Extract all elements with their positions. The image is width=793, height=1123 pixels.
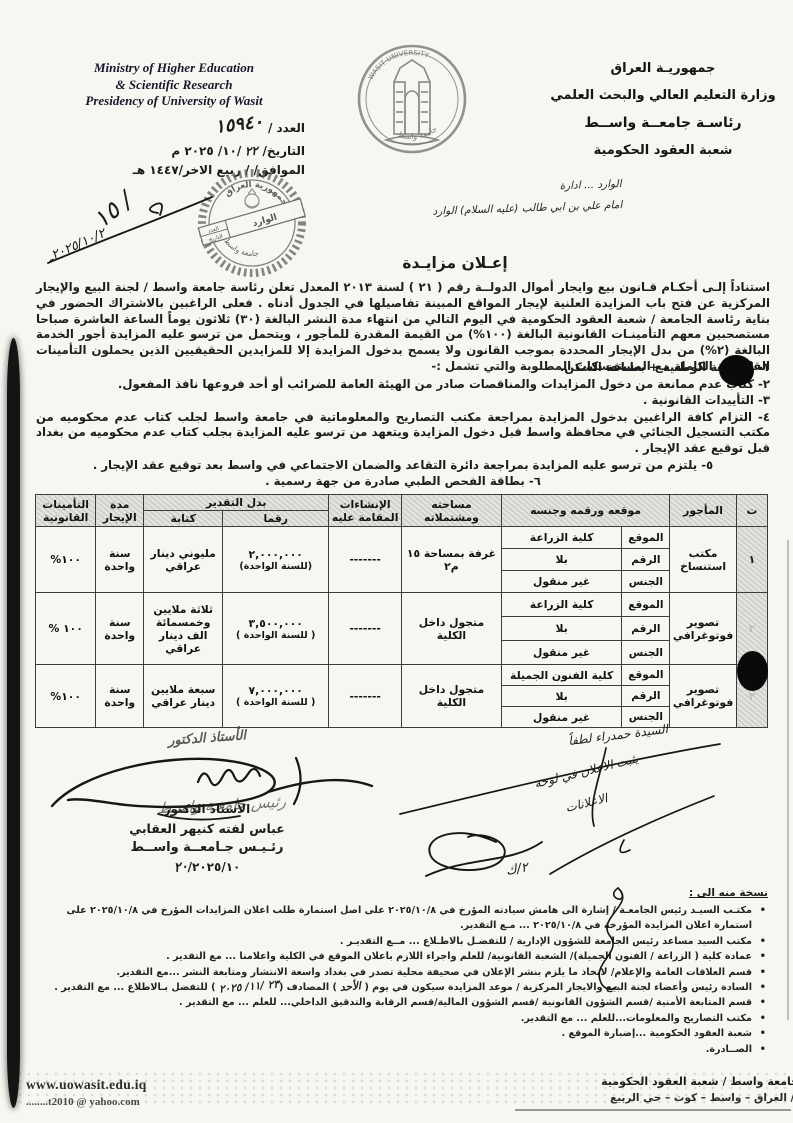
distribution-item: شعبة العقود الحكومية ...إضبارة الموقع . (28, 1026, 770, 1041)
col-header-written: كتابة (144, 511, 223, 527)
stamp-ministry-text: جامعة واسط (222, 236, 259, 258)
col-header-deposits: التأمينات القانونية (36, 495, 96, 527)
distribution-item-text: ) المصادف ( (279, 982, 340, 993)
letterhead-ar-line: رئاسـة جامعــة واســط (538, 109, 788, 138)
distribution-item: مكتب التصاريح والمعلومات...للعلم ... مع … (28, 1011, 770, 1026)
handwritten-number: ١٥٩٤٠ (214, 108, 265, 142)
row-site: كلية الفنون الجميلة (501, 665, 622, 686)
row-amount-written: سبعة ملايين دينار عراقي (144, 665, 223, 728)
amount-note: (للسنة الواحدة) (225, 561, 326, 572)
condition-number: ١- (758, 360, 770, 374)
row-amount: ٢,٠٠٠,٠٠٠ (للسنة الواحدة) (223, 527, 329, 593)
condition-number: ٢- (758, 377, 770, 391)
signatory-title: الأستاذ الدكتور (82, 800, 332, 819)
distribution-item: الصــادرة. (28, 1042, 770, 1057)
handwritten-auction-day: الأحد (340, 979, 362, 996)
distribution-item: قسم المتابعة الأمنية /قسم الشؤون القانون… (28, 995, 770, 1010)
condition-item: ٤- التزام كافة الراغبين بدخول المزايدة ب… (36, 410, 770, 457)
amount-note: ( للسنة الواحدة ) (225, 697, 326, 708)
loc-label-site: الموقع (622, 593, 670, 617)
col-header-seq: ت (736, 495, 767, 527)
condition-text: التزام كافة الراغبين بدخول المزايدة بمرا… (36, 410, 770, 455)
row-amount-written: ثلاثة ملايين وخمسمائة الف دينار عراقي (144, 593, 223, 665)
letterhead-english: Ministry of Higher Education & Scientifi… (48, 60, 300, 110)
document-title: إعـلان مزايـدة (340, 254, 570, 272)
loc-label-number: الرقم (622, 549, 670, 571)
col-header-estimate: بدل التقدير (144, 495, 329, 511)
date-line: التاريخ/ ٢٢ /١٠/ ٢٠٢٥ م (80, 142, 305, 161)
condition-item: ٣- التأييدات القانونية . (36, 393, 770, 409)
condition-item: ٦- بطاقة الفحص الطبي صادرة من جهة رسمية … (36, 474, 770, 490)
distribution-heading: نسخة منه الى : (689, 887, 768, 899)
row-number: بلا (501, 549, 622, 571)
condition-number: ٦- (529, 474, 541, 488)
auction-lots-table: ت المأجور موقعه ورقمه وجنسه مساحته ومشتم… (35, 494, 768, 728)
row-amount-written: مليوني دينار عراقي (144, 527, 223, 593)
row-seq: ١ (736, 527, 767, 593)
col-header-duration: مدة الإيجار (96, 495, 144, 527)
letterhead-ar-line: شعبة العقود الحكومية (538, 138, 788, 165)
loc-label-number: الرقم (622, 617, 670, 641)
annotation-flourishes (398, 722, 728, 890)
amount-value: ٢,٠٠٠,٠٠٠ (225, 548, 326, 561)
condition-text: التأييدات القانونية . (643, 393, 754, 407)
row-constructions: ------- (329, 665, 402, 728)
signature-date: ٢٠٢٥/١٠/٢٠ (82, 858, 332, 878)
row-constructions: ------- (329, 593, 402, 665)
signatory-position: رئـيـس جـامعــة واســط (82, 838, 332, 858)
row-area: متجول داخل الكلية (402, 665, 502, 728)
condition-text: بطاقة الفحص الطبي صادرة من جهة رسمية . (265, 474, 525, 488)
date-rest: /١٠/ ٢٠٢٥ م (171, 144, 245, 158)
row-deposit: ١٠٠% (36, 665, 96, 728)
condition-number: ٥- (701, 458, 713, 472)
footer-address: العنوان / العراق – واسط – كوت – حي الربي… (610, 1092, 793, 1104)
condition-number: ٣- (758, 393, 770, 407)
loc-label-site: الموقع (622, 665, 670, 686)
handwritten-stroke-overlay (40, 185, 220, 280)
amount-value: ٧,٠٠٠,٠٠٠ (225, 684, 326, 697)
row-deposit: ١٠٠% (36, 527, 96, 593)
condition-item: ١- البطاقة الوطنية + بطـاقة السكن. (36, 360, 770, 376)
signature-date-typed: ٢٠٢٥/١٠/ (188, 860, 241, 874)
scan-edge-line-right (787, 540, 789, 1020)
signatory-name: عباس لفته كنيهر العقابي (82, 819, 332, 838)
ink-blot (737, 651, 768, 691)
row-deposit: ١٠٠ % (36, 593, 96, 665)
row-area: متجول داخل الكلية (402, 593, 502, 665)
condition-text: يلتزم من ترسو عليه المزايدة بمراجعة دائر… (93, 458, 697, 472)
amount-note: ( للسنة الواحدة ) (225, 630, 326, 641)
row-leased: تصوير فوتوغرافي (670, 665, 737, 728)
letterhead-en-line: Presidency of University of Wasit (48, 93, 300, 110)
handwritten-scribble (538, 882, 663, 994)
row-kind: غير منقول (501, 641, 622, 665)
letterhead-ar-line: وزارة التعليم العالي والبحث العلمي (538, 83, 788, 110)
distribution-item-text: ) للتفضل بـالاطلاع ... مع التقدير . (54, 982, 219, 993)
col-header-area: مساحته ومشتملاته (402, 495, 502, 527)
letterhead-en-line: Ministry of Higher Education (48, 60, 300, 77)
loc-label-kind: الجنس (622, 641, 670, 665)
svg-text:جامعة واسط: جامعة واسط (222, 236, 259, 258)
row-constructions: ------- (329, 527, 402, 593)
email-address: ........t2010 @ yahoo.com (26, 1096, 140, 1108)
handwritten-annotation-block: السيدة حمدراء لطفاً يثبت الاعلان في لوحة… (398, 722, 728, 890)
amount-value: ٣,٥٠٠,٠٠٠ (225, 617, 326, 630)
row-amount: ٣,٥٠٠,٠٠٠ ( للسنة الواحدة ) (223, 593, 329, 665)
scan-edge-line-bottom (515, 1109, 791, 1111)
letterhead-en-line: & Scientific Research (48, 77, 300, 94)
row-leased: مكتب استنساخ (670, 527, 737, 593)
col-header-location: موقعه ورقمه وجنسه (501, 495, 669, 527)
row-number: بلا (501, 686, 622, 707)
number-line: العدد / ١٥٩٤٠ (80, 113, 305, 142)
table-row: ١ مكتب استنساخ الموقع كلية الزراعة غرفة … (36, 527, 768, 549)
condition-number: ٤- (758, 410, 770, 424)
signature-date-handwritten: ٢٠ (172, 857, 189, 879)
letterhead-ar-line: جمهوريـة العراق (538, 56, 788, 83)
col-header-numeric: رقما (223, 511, 329, 527)
loc-label-kind: الجنس (622, 571, 670, 593)
row-duration: سنة واحدة (96, 593, 144, 665)
row-site: كلية الزراعة (501, 527, 622, 549)
letterhead-arabic: جمهوريـة العراق وزارة التعليم العالي وال… (538, 56, 788, 165)
loc-label-site: الموقع (622, 527, 670, 549)
university-seal-graphic: WASIT UNIVERSITY جامعة واسط (350, 40, 474, 158)
table-row: ٣ تصوير فوتوغرافي الموقع كلية الفنون الج… (36, 665, 768, 686)
condition-item: ٢- كتاب عدم ممانعة من دخول المزايدات وال… (36, 377, 770, 393)
scanned-document-page: Ministry of Higher Education & Scientifi… (0, 0, 793, 1123)
table-row: ٢ تصوير فوتوغرافي الموقع كلية الزراعة مت… (36, 593, 768, 617)
handwritten-date-day: ٢٢ (245, 141, 259, 161)
number-label: العدد / (268, 121, 305, 135)
university-seal-logo: WASIT UNIVERSITY جامعة واسط (350, 40, 474, 158)
row-duration: سنة واحدة (96, 527, 144, 593)
handwritten-routing-note: الوارد ... ادارة امام علي بن ابي طالب (ع… (391, 174, 622, 224)
loc-label-number: الرقم (622, 686, 670, 707)
col-header-leased: المأجور (670, 495, 737, 527)
footer-department: رئاسة جامعة واسط / شعبة العقود الحكومية (601, 1075, 793, 1088)
row-duration: سنة واحدة (96, 665, 144, 728)
row-kind: غير منقول (501, 571, 622, 593)
row-site: كلية الزراعة (501, 593, 622, 617)
condition-item: ٥- يلتزم من ترسو عليه المزايدة بمراجعة د… (36, 458, 770, 474)
condition-text: كتاب عدم ممانعة من دخول المزايدات والمنا… (118, 377, 754, 391)
row-amount: ٧,٠٠٠,٠٠٠ ( للسنة الواحدة ) (223, 665, 329, 728)
website-url: www.uowasit.edu.iq (26, 1077, 147, 1093)
row-leased: تصوير فوتوغرافي (670, 593, 737, 665)
date-label: التاريخ/ (263, 144, 305, 158)
conditions-list: ١- البطاقة الوطنية + بطـاقة السكن. ٢- كت… (36, 360, 770, 491)
col-header-constructions: الإنشاءات المقامة عليه (329, 495, 402, 527)
row-area: غرفة بمساحة ١٥ م٢ (402, 527, 502, 593)
signature-typed-block: الأستاذ الدكتور عباس لفته كنيهر العقابي … (82, 800, 332, 878)
row-number: بلا (501, 617, 622, 641)
scan-edge-shadow (7, 338, 20, 1108)
